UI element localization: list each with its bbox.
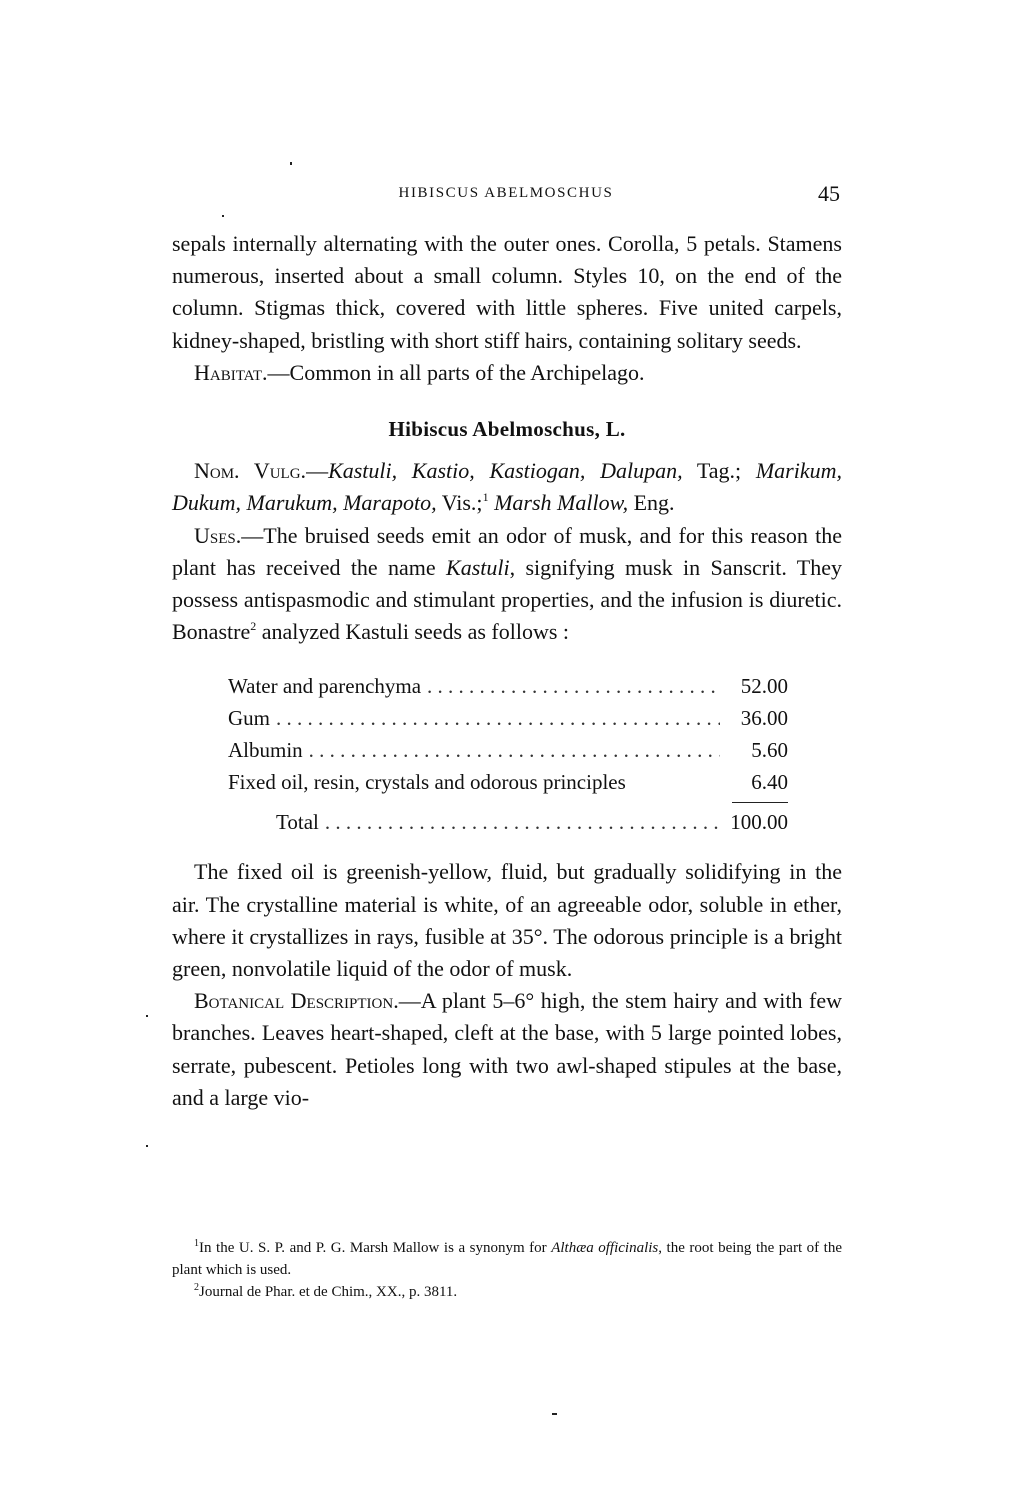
dot-leader: [427, 670, 720, 702]
analysis-total-row: Total 100.00: [228, 798, 788, 838]
scan-speck: [222, 215, 224, 217]
scan-speck: [290, 162, 292, 165]
species-heading: Hibiscus Abelmoschus, L.: [172, 413, 842, 445]
analysis-row: Gum 36.00: [228, 702, 788, 734]
running-head: HIBISCUS ABELMOSCHUS 45: [172, 181, 840, 205]
scan-speck: [146, 1015, 148, 1017]
nom-vulg-dash: —: [306, 458, 328, 483]
analysis-row: Water and parenchyma 52.00: [228, 670, 788, 702]
analysis-value: 5.60: [726, 734, 788, 766]
analysis-row: Fixed oil, resin, crystals and odorous p…: [228, 766, 788, 798]
habitat-paragraph: Habitat.—Common in all parts of the Arch…: [172, 357, 842, 389]
footnote-text: In the U. S. P. and P. G. Marsh Mallow i…: [199, 1240, 551, 1256]
habitat-text: Common in all parts of the Archipelago.: [290, 360, 645, 385]
uses-text-3: analyzed Kastuli seeds as follows :: [256, 619, 569, 644]
english-abbr: Eng.: [628, 490, 674, 515]
running-title: HIBISCUS ABELMOSCHUS: [172, 185, 840, 202]
analysis-value: 52.00: [726, 670, 788, 702]
total-label: Total: [276, 806, 319, 838]
dot-leader: [276, 702, 720, 734]
scan-speck: [552, 1413, 557, 1415]
visayan-abbr: Vis.;: [437, 490, 483, 515]
uses-label: Uses.: [194, 523, 241, 548]
tagalog-names: Kastuli, Kastio, Kastiogan, Dalupan,: [328, 458, 683, 483]
nom-vulg-paragraph: Nom. Vulg.—Kastuli, Kastio, Kastiogan, D…: [172, 455, 842, 519]
dot-leader: [309, 734, 720, 766]
total-rule: [732, 802, 788, 803]
uses-paragraph: Uses.—The bruised seeds emit an odor of …: [172, 520, 842, 649]
page-number: 45: [818, 181, 840, 207]
footnote-2: 2Journal de Phar. et de Chim., XX., p. 3…: [172, 1281, 842, 1303]
uses-dash: —: [241, 523, 263, 548]
botanical-description-paragraph: Botanical Description.—A plant 5–6° high…: [172, 985, 842, 1114]
habitat-label: Habitat.: [194, 360, 268, 385]
botanical-description-dash: —: [399, 988, 421, 1013]
analysis-value: 36.00: [726, 702, 788, 734]
english-name: Marsh Mallow,: [489, 490, 629, 515]
footnote-1: 1In the U. S. P. and P. G. Marsh Mallow …: [172, 1237, 842, 1281]
scan-speck: [146, 1145, 148, 1147]
analysis-label: Fixed oil, resin, crystals and odorous p…: [228, 766, 626, 798]
footnotes: 1In the U. S. P. and P. G. Marsh Mallow …: [172, 1237, 842, 1303]
tagalog-abbr: Tag.;: [683, 458, 756, 483]
analysis-table: Water and parenchyma 52.00 Gum 36.00 Alb…: [228, 670, 788, 838]
botanical-description-label: Botanical Description.: [194, 988, 399, 1013]
habitat-dash: —: [268, 360, 290, 385]
analysis-label: Albumin: [228, 734, 303, 766]
analysis-label: Gum: [228, 702, 270, 734]
footnote-text: Journal de Phar. et de Chim., XX., p. 38…: [199, 1284, 457, 1300]
nom-vulg-label: Nom. Vulg.: [194, 458, 306, 483]
continued-paragraph: sepals internally alternating with the o…: [172, 228, 842, 357]
book-page: HIBISCUS ABELMOSCHUS 45 sepals internall…: [0, 0, 1010, 1506]
total-value: 100.00: [726, 806, 788, 838]
body-text: sepals internally alternating with the o…: [172, 228, 842, 1114]
fixed-oil-paragraph: The fixed oil is greenish-yellow, fluid,…: [172, 856, 842, 985]
footnote-italic: Althæa officinalis: [551, 1240, 658, 1256]
dot-leader: [325, 806, 720, 838]
analysis-row: Albumin 5.60: [228, 734, 788, 766]
analysis-value: 6.40: [726, 766, 788, 798]
uses-italic-name: Kastuli: [446, 555, 510, 580]
analysis-label: Water and parenchyma: [228, 670, 421, 702]
